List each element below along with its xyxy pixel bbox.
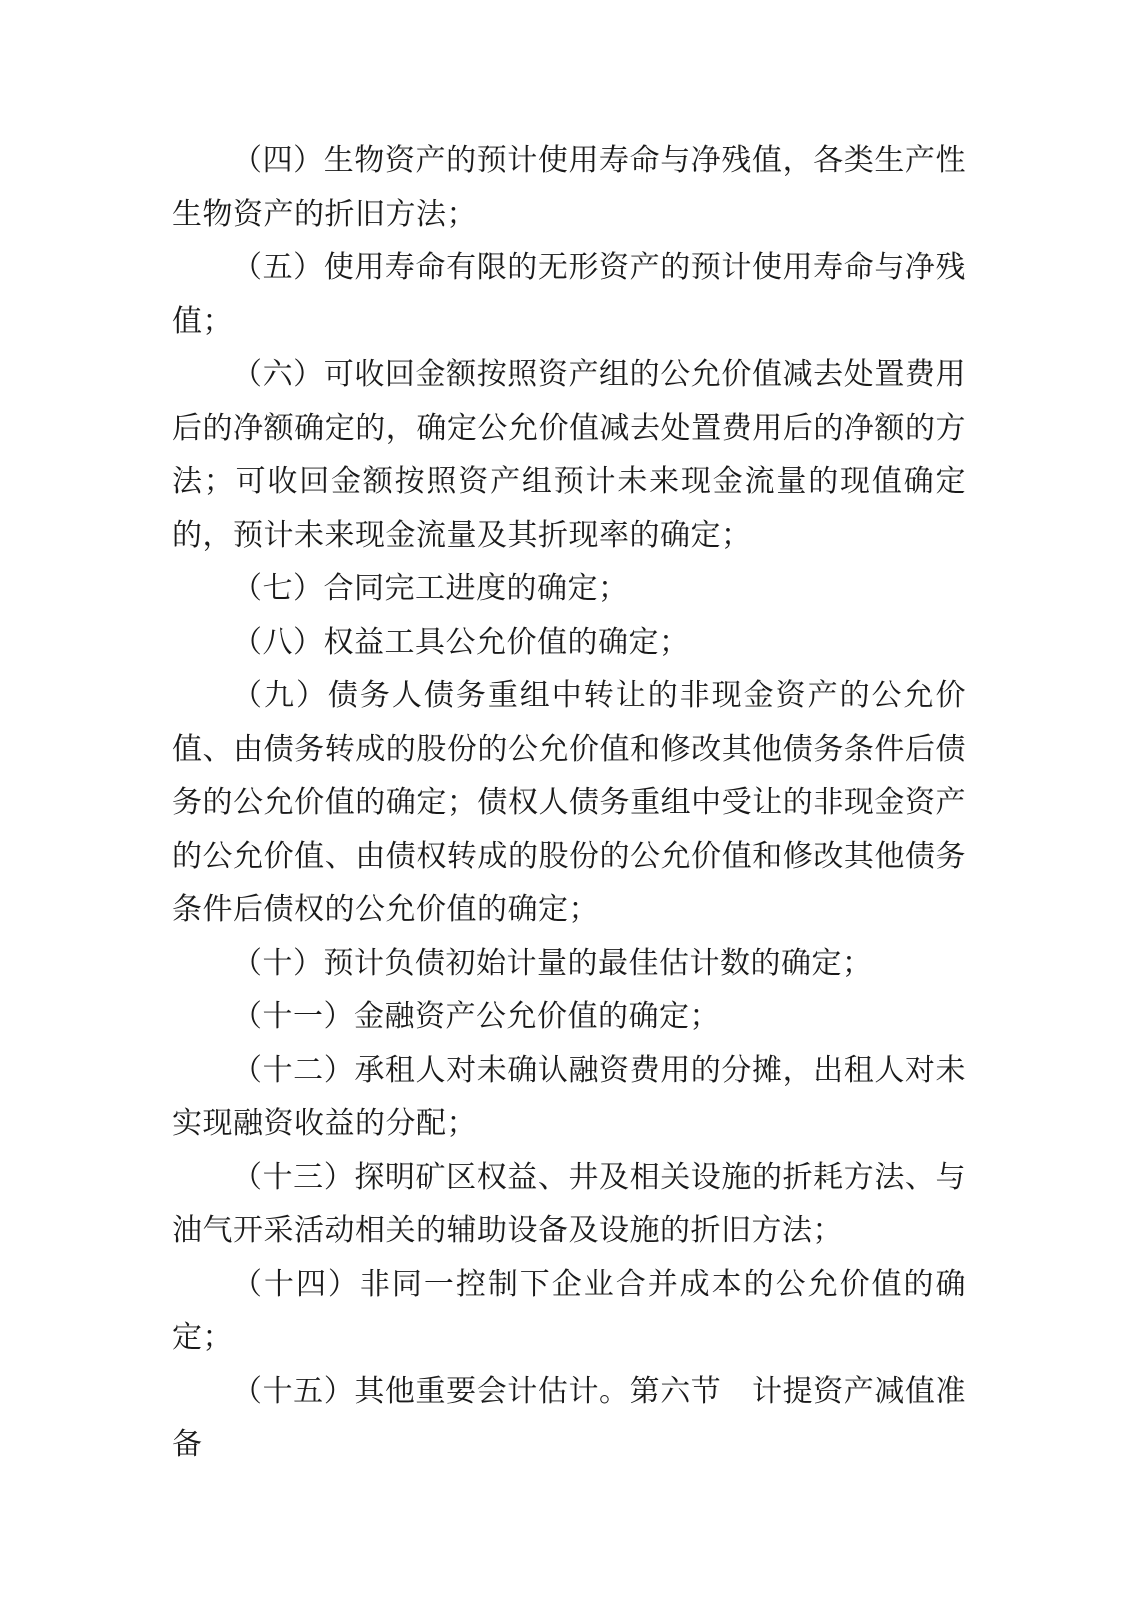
paragraph-item-10: （十）预计负债初始计量的最佳估计数的确定； — [172, 937, 966, 991]
paragraph-item-15: （十五）其他重要会计估计。第六节 计提资产减值准备 — [172, 1365, 966, 1472]
document-page: （四）生物资产的预计使用寿命与净残值，各类生产性生物资产的折旧方法； （五）使用… — [0, 0, 1131, 1600]
paragraph-item-5: （五）使用寿命有限的无形资产的预计使用寿命与净残值； — [172, 241, 966, 348]
paragraph-item-6: （六）可收回金额按照资产组的公允价值减去处置费用后的净额确定的，确定公允价值减去… — [172, 348, 966, 562]
paragraph-item-12: （十二）承租人对未确认融资费用的分摊，出租人对未实现融资收益的分配； — [172, 1044, 966, 1151]
document-body: （四）生物资产的预计使用寿命与净残值，各类生产性生物资产的折旧方法； （五）使用… — [172, 134, 966, 1472]
paragraph-item-4: （四）生物资产的预计使用寿命与净残值，各类生产性生物资产的折旧方法； — [172, 134, 966, 241]
paragraph-item-14: （十四）非同一控制下企业合并成本的公允价值的确定； — [172, 1258, 966, 1365]
paragraph-item-13: （十三）探明矿区权益、井及相关设施的折耗方法、与油气开采活动相关的辅助设备及设施… — [172, 1151, 966, 1258]
paragraph-item-7: （七）合同完工进度的确定； — [172, 562, 966, 616]
paragraph-item-11: （十一）金融资产公允价值的确定； — [172, 990, 966, 1044]
paragraph-item-9: （九）债务人债务重组中转让的非现金资产的公允价值、由债务转成的股份的公允价值和修… — [172, 669, 966, 937]
paragraph-item-8: （八）权益工具公允价值的确定； — [172, 616, 966, 670]
